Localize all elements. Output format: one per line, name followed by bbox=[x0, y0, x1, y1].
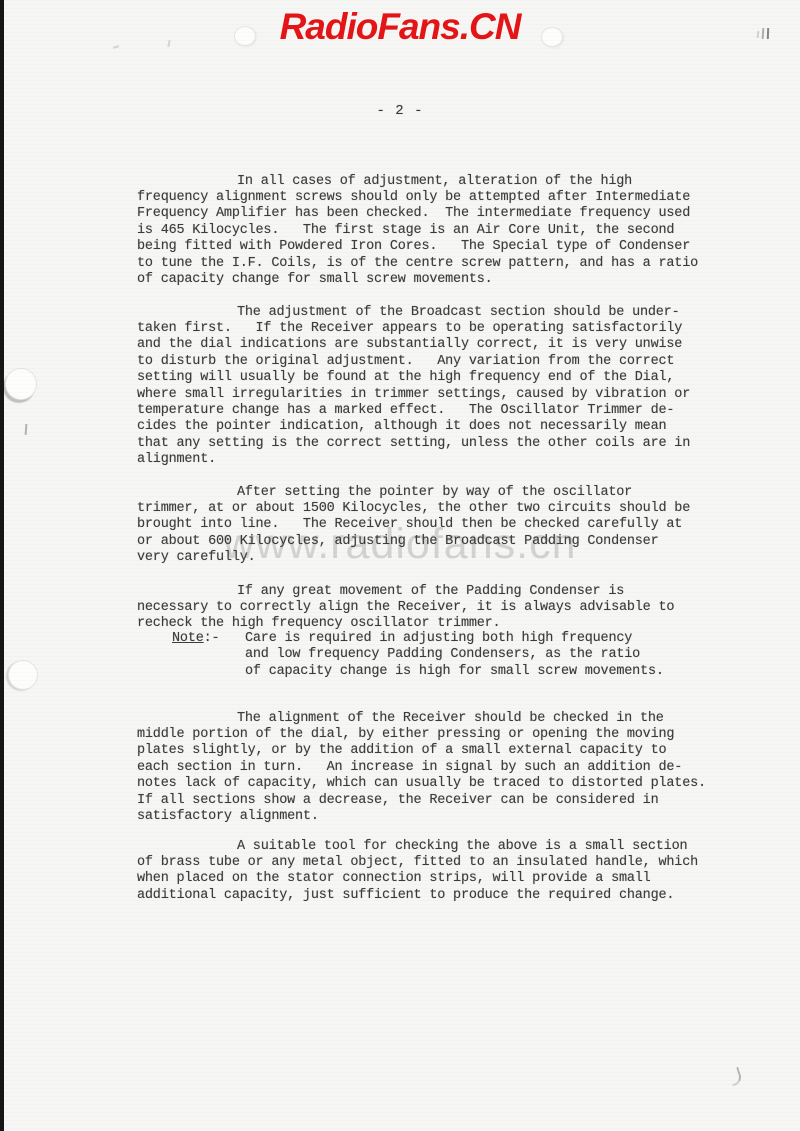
paragraph-broadcast-adjustment: The adjustment of the Broadcast section … bbox=[137, 305, 765, 469]
radiofans-header-watermark: RadioFans.CN bbox=[0, 6, 800, 48]
note-block: Note:- Care is required in adjusting bot… bbox=[137, 631, 765, 680]
punch-hole-top-right bbox=[541, 27, 563, 47]
paragraph-padding-condenser: If any great movement of the Padding Con… bbox=[137, 584, 765, 633]
scan-artifact-hook-mark bbox=[728, 1067, 744, 1087]
paragraph-pointer-setting: After setting the pointer by way of the … bbox=[137, 485, 765, 567]
punch-hole-top-left bbox=[234, 26, 256, 46]
note-text: Care is required in adjusting both high … bbox=[245, 631, 765, 680]
note-label: Note:- bbox=[172, 631, 219, 647]
scanned-document-page: RadioFans.CN - 2 - www.radiofans.cn In a… bbox=[0, 0, 800, 1131]
page-number: - 2 - bbox=[0, 103, 800, 119]
paragraph-checking-tool: A suitable tool for checking the above i… bbox=[137, 839, 765, 905]
paragraph-intermediate-frequency: In all cases of adjustment, alteration o… bbox=[137, 174, 765, 289]
scan-edge-strip bbox=[0, 0, 4, 1131]
scan-artifact-pencil-mark bbox=[25, 424, 28, 435]
paragraph-receiver-alignment-check: The alignment of the Receiver should be … bbox=[137, 711, 765, 826]
punch-hole-left-lower bbox=[8, 660, 38, 690]
punch-hole-left-upper bbox=[5, 368, 37, 400]
